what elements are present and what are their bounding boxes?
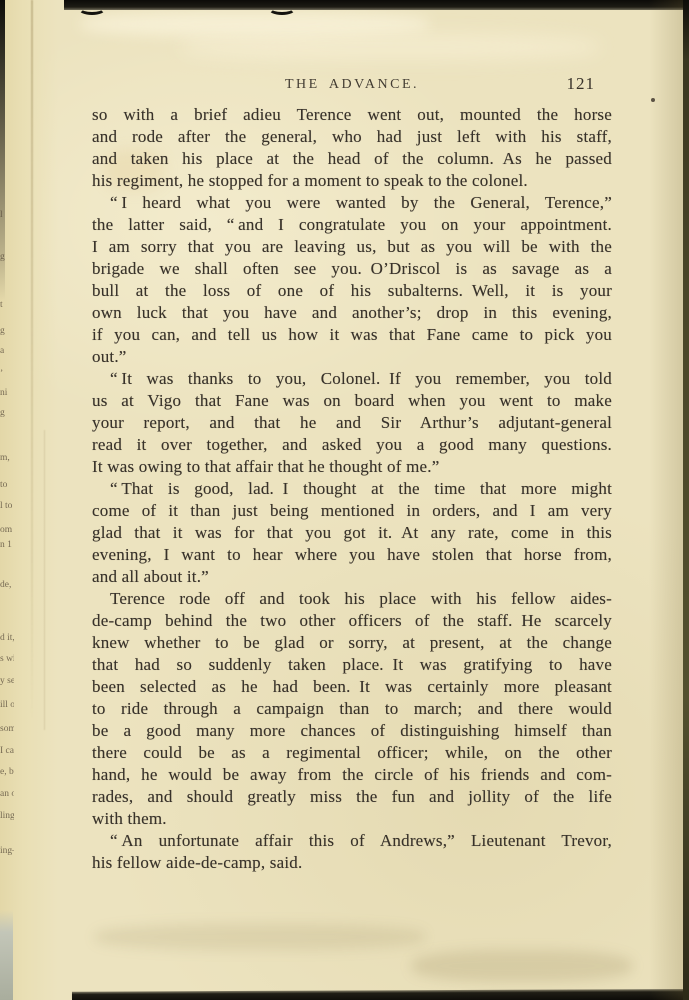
scanned-book-page: THE ADVANCE. 121 so with a brief adieu T… [0, 0, 689, 1000]
edge-fragment: a [0, 346, 14, 357]
text-line: been selected as he had been. It was cer… [92, 676, 612, 698]
ink-speck [651, 98, 655, 102]
paragraph: so with a brief adieu Terence went out, … [92, 104, 612, 192]
page-number: 121 [567, 74, 596, 94]
edge-fragment: ing— [0, 846, 14, 857]
edge-fragment: ill of [0, 700, 14, 711]
text-line: with them. [92, 808, 612, 830]
text-block: so with a brief adieu Terence went out, … [92, 104, 612, 874]
paragraph: Terence rode off and took his place with… [92, 588, 612, 830]
binding-mark [78, 2, 106, 15]
edge-fragment: g [0, 252, 14, 263]
edge-fragment: l to [0, 501, 14, 512]
text-line: Terence rode off and took his place with… [92, 588, 612, 610]
page-title: THE ADVANCE. [92, 74, 612, 93]
paragraph: “ An unfortunate affair this of Andrews,… [92, 830, 612, 874]
text-line: evening, I want to hear where you have s… [92, 544, 612, 566]
edge-fragment: l [0, 210, 14, 221]
text-line: rades, and should greatly miss the fun a… [92, 786, 612, 808]
binding-mark [268, 2, 296, 15]
text-line: the latter said, “ and I congratulate yo… [92, 214, 612, 236]
text-line: It was owing to that affair that he thou… [92, 456, 612, 478]
edge-fragment: n 1 [0, 540, 14, 551]
bottom-scan-edge [72, 989, 689, 1000]
paragraph: “ That is good, lad. I thought at the ti… [92, 478, 612, 588]
right-page-edge [683, 0, 689, 1000]
text-line: own luck that you have and another’s; dr… [92, 302, 612, 324]
scanner-tray-corner [0, 910, 13, 1000]
text-line: I am sorry that you are leaving us, but … [92, 236, 612, 258]
text-line: his regiment, he stopped for a moment to… [92, 170, 612, 192]
edge-fragment: m, [0, 453, 14, 464]
edge-fragment: ling’ [0, 811, 14, 822]
text-line: bull at the loss of one of his subaltern… [92, 280, 612, 302]
text-line: out.” [92, 346, 612, 368]
page-crease [44, 430, 45, 730]
edge-fragment: s wil [0, 654, 14, 665]
edge-fragment: g [0, 408, 14, 419]
text-line: to ride through a campaign than to march… [92, 698, 612, 720]
edge-fragment: ’ [0, 369, 14, 380]
right-edge-shadow [649, 0, 683, 1000]
text-line: your report, and that he and Sir Arthur’… [92, 412, 612, 434]
edge-fragment: de, [0, 580, 14, 591]
text-line: glad that it was for that you got it. At… [92, 522, 612, 544]
text-line: knew whether to be glad or sorry, at pre… [92, 632, 612, 654]
text-line: de-camp behind the two other officers of… [92, 610, 612, 632]
paragraph: “ It was thanks to you, Colonel. If you … [92, 368, 612, 478]
text-line: “ I heard what you were wanted by the Ge… [92, 192, 612, 214]
edge-fragment: d it, [0, 633, 14, 644]
edge-fragment: I ca [0, 746, 14, 757]
text-line: hand, he would be away from the circle o… [92, 764, 612, 786]
text-line: there could be as a regimental officer; … [92, 742, 612, 764]
edge-fragment: y se- [0, 676, 14, 687]
text-line: his fellow aide-de-camp, said. [92, 852, 612, 874]
edge-fragment: an of [0, 789, 14, 800]
paragraph: “ I heard what you were wanted by the Ge… [92, 192, 612, 368]
text-line: and all about it.” [92, 566, 612, 588]
text-line: come of it than just being mentioned in … [92, 500, 612, 522]
text-line: if you can, and tell us how it was that … [92, 324, 612, 346]
running-head: THE ADVANCE. 121 [92, 74, 612, 96]
edge-fragment: g [0, 326, 14, 337]
edge-fragment: to [0, 480, 14, 491]
text-line: so with a brief adieu Terence went out, … [92, 104, 612, 126]
top-scan-edge [64, 0, 689, 10]
text-line: read it over together, and asked you a g… [92, 434, 612, 456]
text-line: us at Vigo that Fane was on board when y… [92, 390, 612, 412]
edge-fragment: om [0, 525, 14, 536]
edge-fragment: t [0, 300, 14, 311]
text-line: “ It was thanks to you, Colonel. If you … [92, 368, 612, 390]
text-line: that had so suddenly taken place. It was… [92, 654, 612, 676]
text-line: brigade we shall often see you. O’Drisco… [92, 258, 612, 280]
edge-fragment: som [0, 724, 14, 735]
text-line: be a good many more chances of distingui… [92, 720, 612, 742]
edge-fragment: e, but [0, 767, 14, 778]
text-line: “ An unfortunate affair this of Andrews,… [92, 830, 612, 852]
text-line: “ That is good, lad. I thought at the ti… [92, 478, 612, 500]
edge-fragment: ni [0, 388, 14, 399]
text-line: and taken his place at the head of the c… [92, 148, 612, 170]
page-crease [31, 0, 33, 720]
text-line: and rode after the general, who had just… [92, 126, 612, 148]
